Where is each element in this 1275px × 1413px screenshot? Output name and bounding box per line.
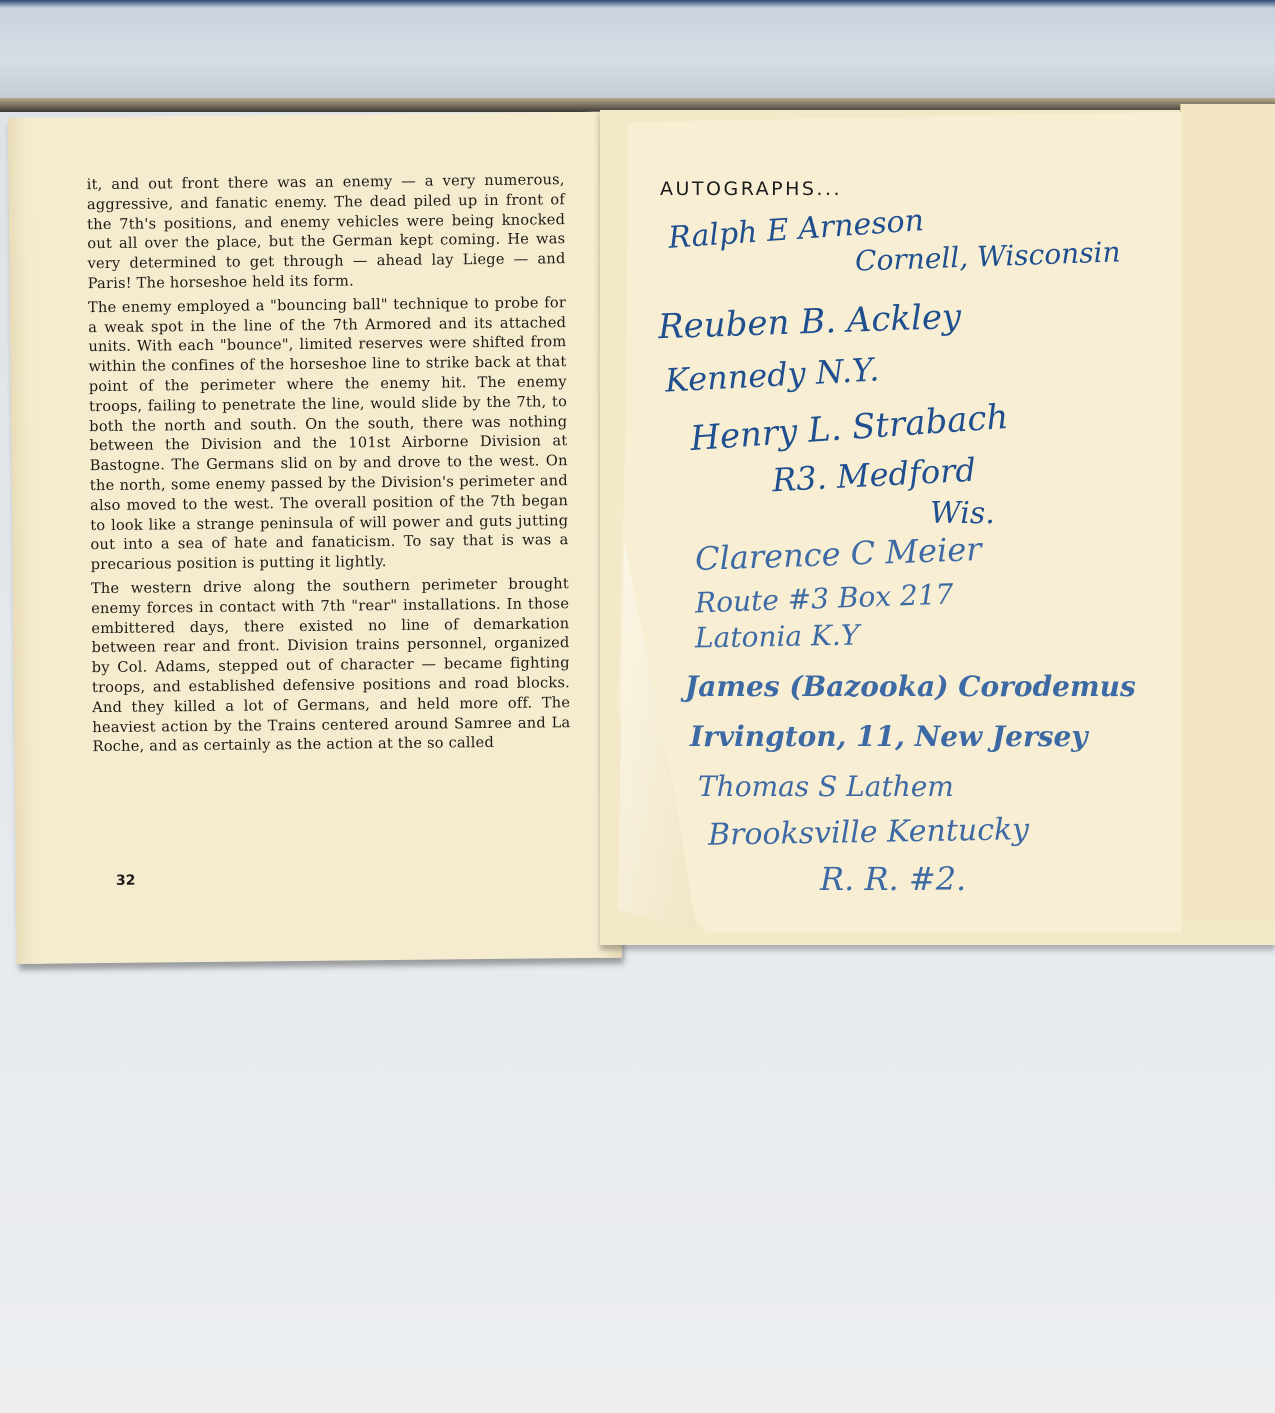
left-page: it, and out front there was an enemy — a…: [8, 112, 622, 964]
autograph-line: Brooksville Kentucky: [708, 812, 1030, 853]
underlying-page-edge: [1180, 104, 1275, 922]
autographs-heading: AUTOGRAPHS...: [660, 178, 842, 200]
autograph-line: Latonia K.Y: [695, 619, 860, 655]
autograph-line: Wis.: [930, 496, 995, 531]
page-number: 32: [116, 873, 136, 889]
paragraph: The western drive along the southern per…: [91, 574, 571, 757]
body-text: it, and out front there was an enemy — a…: [87, 170, 571, 761]
autograph-line: James (Bazooka) Corodemus: [685, 670, 1136, 703]
autograph-line: Irvington, 11, New Jersey: [690, 720, 1088, 753]
autograph-line: Thomas S Lathem: [698, 770, 954, 803]
autograph-line: R. R. #2.: [820, 860, 966, 898]
paragraph: The enemy employed a "bouncing ball" tec…: [88, 293, 569, 575]
paragraph: it, and out front there was an enemy — a…: [87, 170, 566, 294]
